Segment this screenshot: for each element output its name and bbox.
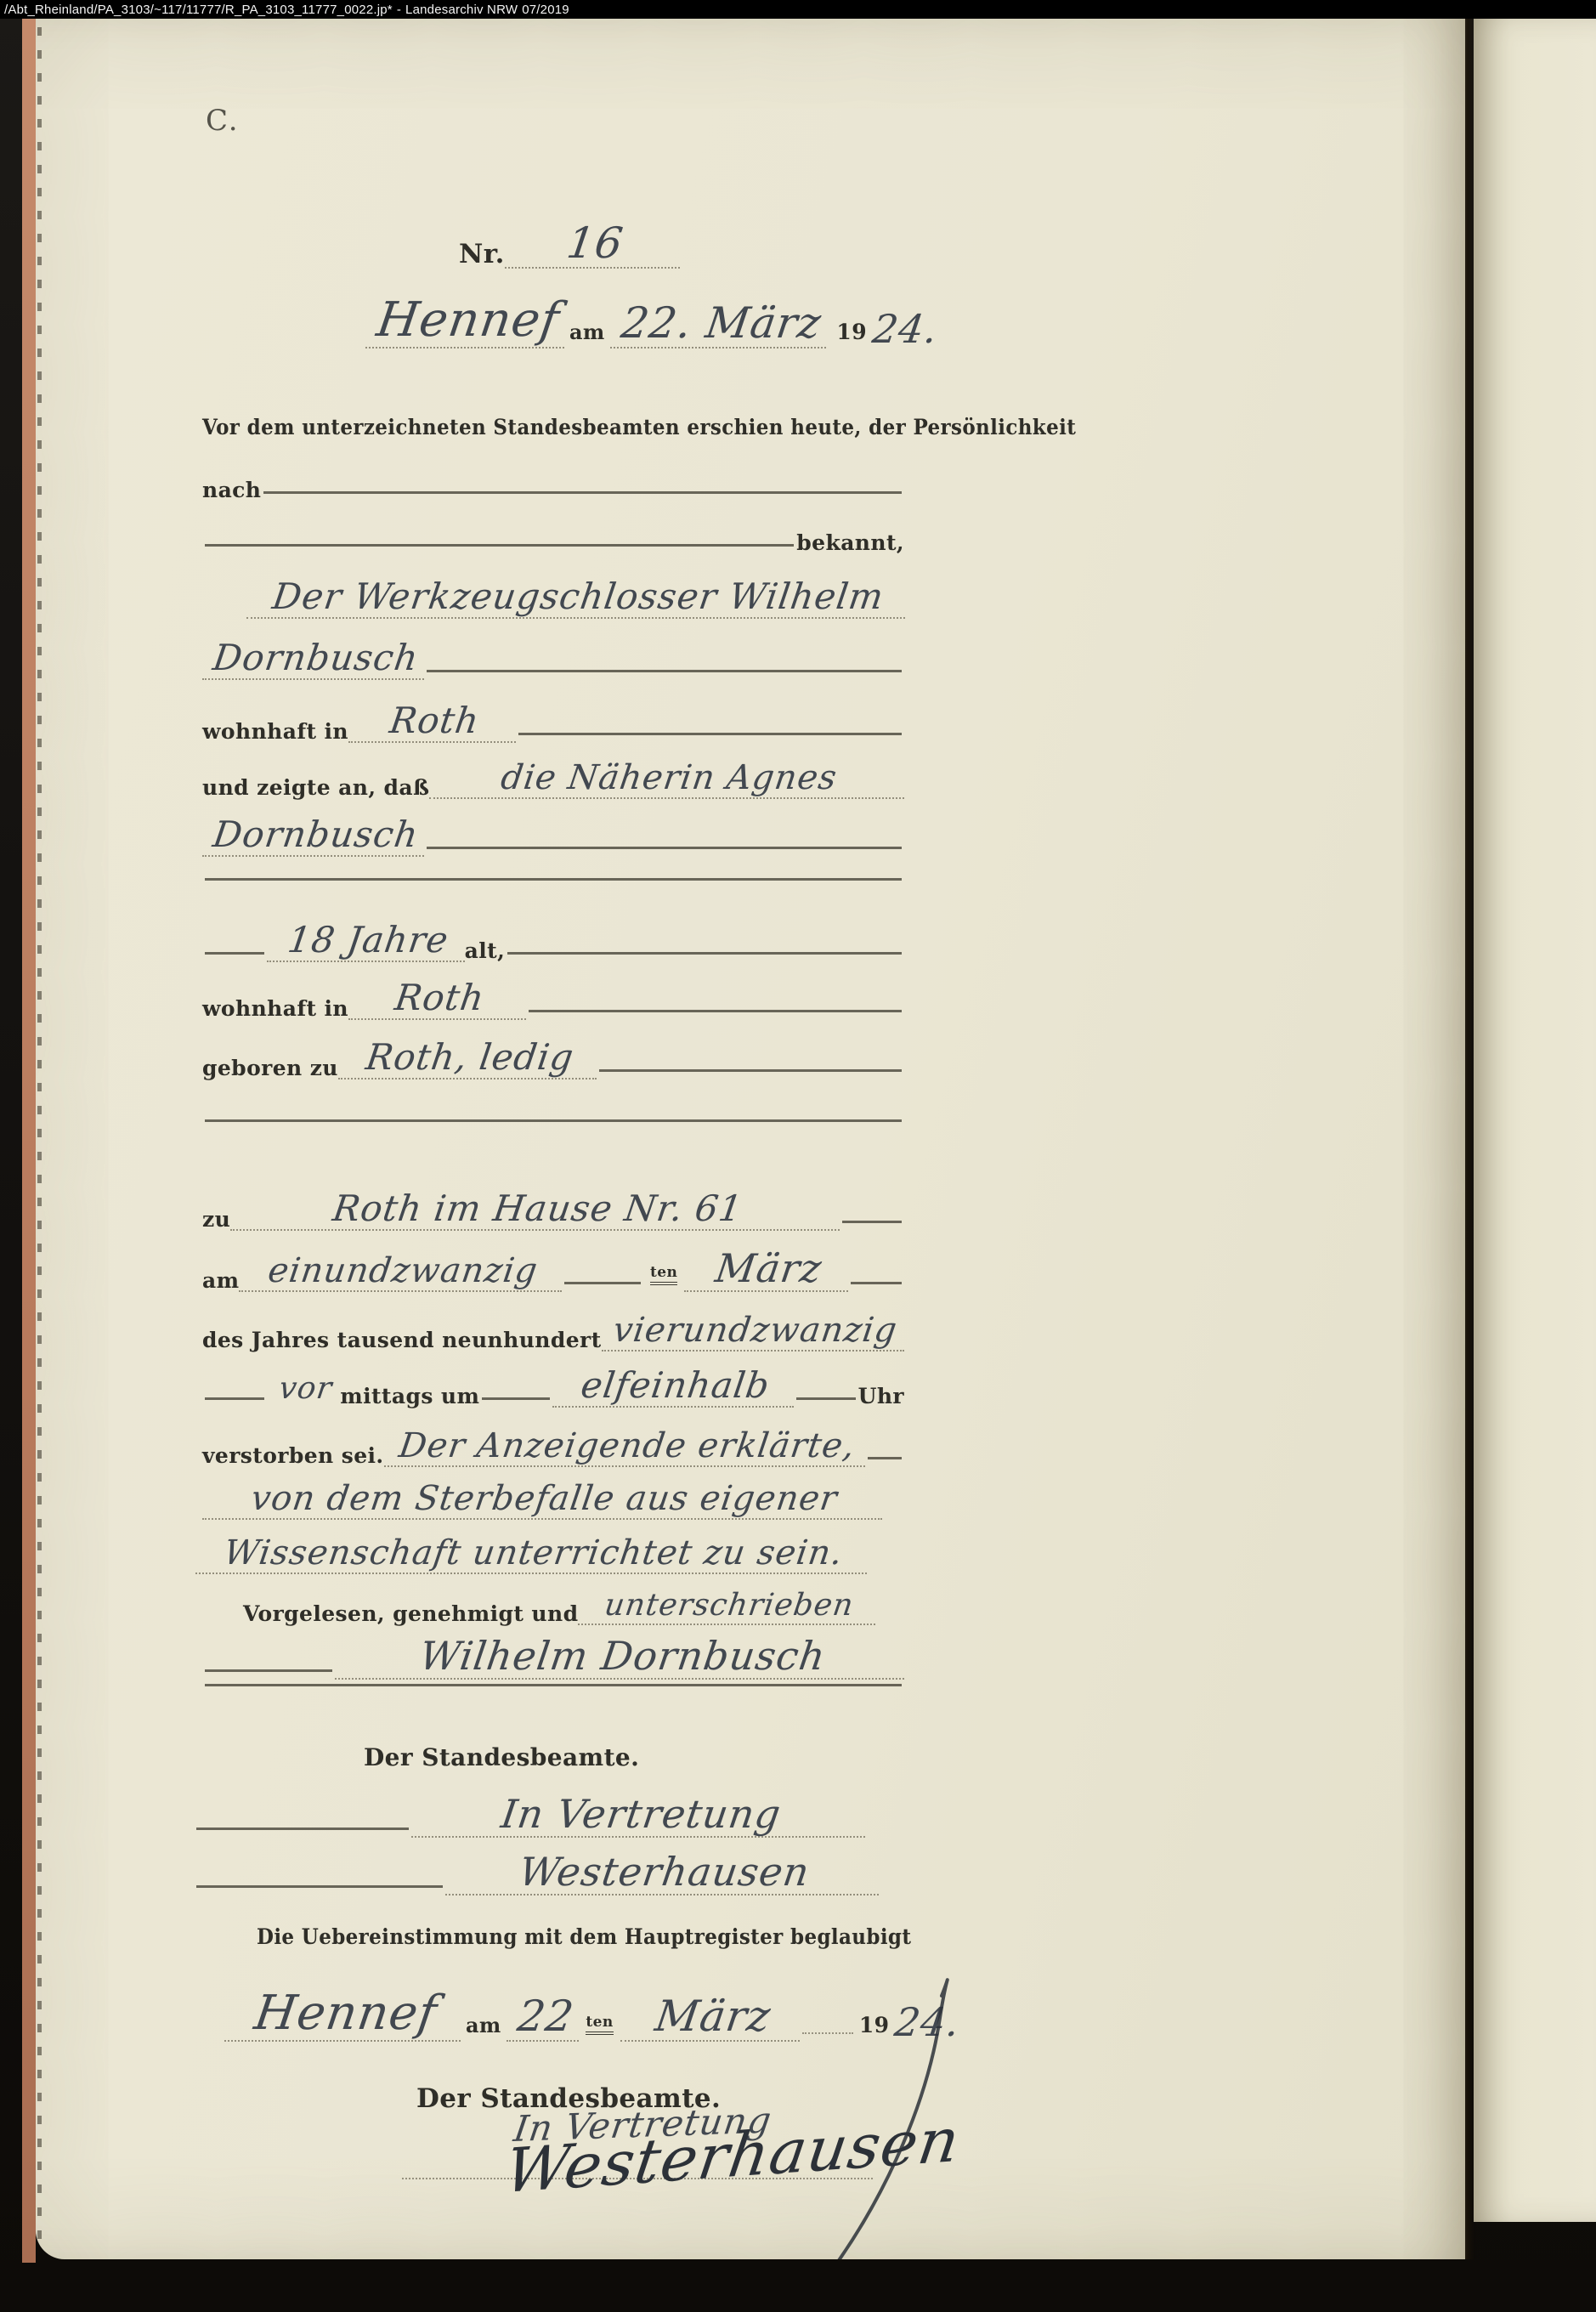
bekannt-label: bekannt, <box>796 531 904 555</box>
declarant-surname: Dornbusch <box>211 640 421 676</box>
viewer-titlebar: /Abt_Rheinland/PA_3103/~117/11777/R_PA_3… <box>0 0 1596 19</box>
dotted-underline: Hennef <box>224 1990 461 2042</box>
blank-rule-row <box>202 858 904 881</box>
dotted-underline: Dornbusch <box>202 640 424 680</box>
certification-line: Die Uebereinstimmung mit dem Hauptregist… <box>257 1925 911 1949</box>
announcement-row: und zeigte an, daß die Näherin Agnes <box>202 738 904 799</box>
in-vertretung-1: In Vertretung <box>499 1794 784 1833</box>
deceased-surname: Dornbusch <box>211 817 421 853</box>
dotted-underline: Wissenschaft unterrichtet zu sein. <box>195 1536 867 1574</box>
record-day-month: 22. März <box>619 302 824 344</box>
dotted-underline: Westerhausen <box>445 1852 879 1895</box>
statement-3: Wissenschaft unterrichtet zu sein. <box>222 1536 845 1570</box>
dotted-underline: 18 Jahre <box>267 922 465 962</box>
ruled-line <box>796 1397 856 1400</box>
dotted-underline: März <box>684 1249 848 1292</box>
vorgelesen-row: Vorgelesen, genehmigt und unterschrieben <box>243 1574 875 1625</box>
geboren-label: geboren zu <box>202 1057 338 1080</box>
statement-row-2: von dem Sterbefalle aus eigener <box>202 1464 882 1520</box>
ten-label: ten <box>650 1265 677 1285</box>
dotted-underline: Dornbusch <box>202 817 424 857</box>
death-place-row: zu Roth im Hause Nr. 61 <box>202 1168 904 1231</box>
ruled-line <box>564 1282 641 1284</box>
dotted-underline: unterschrieben <box>578 1590 875 1625</box>
ruled-line <box>205 878 902 881</box>
am-label: am <box>569 321 605 343</box>
ruled-line <box>427 670 902 672</box>
year-written: 24. <box>870 309 941 348</box>
death-month: März <box>713 1249 824 1288</box>
declarant-row-2: Dornbusch <box>202 615 904 680</box>
certification-year-printed: 19 <box>859 2014 890 2037</box>
dotted-underline: Der Werkzeugschlosser Wilhelm <box>246 579 905 619</box>
dotted-underline: 22. März <box>610 302 827 348</box>
dotted-underline: 22 <box>507 1995 580 2042</box>
age-row: 18 Jahre alt, <box>202 901 904 962</box>
vertretung-row-1: In Vertretung <box>194 1775 865 1838</box>
registrar-signature: Westerhausen <box>501 2140 949 2201</box>
record-place: Hennef <box>374 297 563 344</box>
statement-row-1: verstorben sei. Der Anzeigende erklärte, <box>202 1406 904 1467</box>
binding-stitches <box>37 27 42 2246</box>
certification-ten-label: ten <box>586 2014 613 2035</box>
death-place: Roth im Hause Nr. 61 <box>331 1191 745 1227</box>
birthplace-row: geboren zu Roth, ledig <box>202 1018 904 1079</box>
dotted-underline: Der Anzeigende erklärte, <box>384 1429 865 1467</box>
mittags-label: mittags um <box>340 1385 479 1408</box>
dotted-line <box>802 2032 853 2034</box>
alt-label: alt, <box>465 939 506 963</box>
blank-rule-row <box>202 1100 904 1122</box>
declarant-residence: Roth <box>388 703 482 739</box>
deceased-surname-row: Dornbusch <box>202 797 904 857</box>
ruled-line <box>599 1069 902 1072</box>
hour-value: elfeinhalb <box>579 1368 772 1403</box>
blank-rule-row <box>202 1666 904 1686</box>
register-page: C. Nr. 16 Hennef am 22. März 19 24. Vor … <box>36 19 1465 2259</box>
nach-label: nach <box>202 479 261 502</box>
ruled-line <box>263 491 902 494</box>
death-year: vierundzwanzig <box>611 1313 899 1347</box>
bekannt-row: bekannt, <box>202 515 904 554</box>
death-day: einundzwanzig <box>266 1254 540 1288</box>
ruled-line <box>529 1010 902 1012</box>
ruled-line <box>205 1684 902 1686</box>
file-path: /Abt_Rheinland/PA_3103/~117/11777/R_PA_3… <box>4 3 393 17</box>
dotted-underline: In Vertretung <box>411 1794 865 1838</box>
ruled-line <box>507 952 902 955</box>
certification-year-written: 24. <box>892 2003 963 2042</box>
certification-am-label: am <box>466 2014 501 2037</box>
dotted-underline: März <box>620 1995 800 2042</box>
registrar-name-row: Westerhausen <box>194 1834 879 1895</box>
dotted-underline: Roth, ledig <box>338 1040 597 1079</box>
ruled-line <box>518 733 902 735</box>
death-time-row: vor mittags um elfeinhalb Uhr <box>202 1348 904 1408</box>
certification-place: Hennef <box>252 1990 440 2037</box>
death-day-row: am einundzwanzig ten März <box>202 1229 904 1292</box>
declarant-line1: Der Werkzeugschlosser Wilhelm <box>270 579 886 615</box>
deceased-line1: die Näherin Agnes <box>499 761 840 795</box>
next-page-edge <box>1474 19 1596 2222</box>
registrar-name: Westerhausen <box>517 1852 812 1891</box>
ruled-line <box>842 1221 902 1223</box>
statement-row-3: Wissenschaft unterrichtet zu sein. <box>195 1518 867 1574</box>
statement-1: Der Anzeigende erklärte, <box>397 1429 857 1463</box>
statement-2: von dem Sterbefalle aus eigener <box>249 1482 840 1516</box>
death-year-row: des Jahres tausend neunhundert vierundzw… <box>202 1289 904 1351</box>
scanned-register-view: /Abt_Rheinland/PA_3103/~117/11777/R_PA_3… <box>0 0 1596 2312</box>
dotted-underline: vierundzwanzig <box>602 1313 904 1351</box>
ruled-line <box>205 544 794 547</box>
nach-row: nach <box>202 457 904 501</box>
birthplace-status: Roth, ledig <box>364 1040 576 1075</box>
dotted-underline: Hennef <box>365 297 564 348</box>
record-number-row: Nr. 16 <box>459 199 680 269</box>
corner-letter: C. <box>206 104 240 138</box>
dotted-underline: die Näherin Agnes <box>429 761 904 799</box>
dotted-underline: Roth im Hause Nr. 61 <box>230 1191 840 1231</box>
wohnhaft-label-2: wohnhaft in <box>202 997 348 1021</box>
scan-date: 07/2019 <box>522 3 569 17</box>
intro-line: Vor dem unterzeichneten Standesbeamten e… <box>202 416 1076 439</box>
zeigte-label: und zeigte an, daß <box>202 776 429 800</box>
zu-label: zu <box>202 1208 230 1232</box>
deceased-residence: Roth <box>393 980 487 1016</box>
dotted-underline: Roth <box>348 703 516 743</box>
ruled-line <box>205 1397 264 1400</box>
residence-row-2: wohnhaft in Roth <box>202 960 904 1020</box>
dotted-underline: Roth <box>348 980 526 1020</box>
record-number-value: 16 <box>564 222 626 264</box>
book-edge-strip <box>22 19 36 2263</box>
ruled-line <box>205 1119 902 1122</box>
certification-row: Die Uebereinstimmung mit dem Hauptregist… <box>257 1918 903 1948</box>
ruled-line <box>851 1282 902 1284</box>
unterschrieben-value: unterschrieben <box>603 1590 856 1621</box>
certification-day: 22 <box>515 1995 577 2037</box>
age-value: 18 Jahre <box>286 922 451 958</box>
dotted-underline: elfeinhalb <box>552 1368 793 1408</box>
declarant-row-1: Der Werkzeugschlosser Wilhelm <box>246 552 905 619</box>
dotted-underline: einundzwanzig <box>239 1254 562 1292</box>
ruled-line <box>427 847 902 849</box>
intro-row: Vor dem unterzeichneten Standesbeamten e… <box>202 408 916 439</box>
ruled-line <box>482 1397 550 1400</box>
record-date-row: Hennef am 22. März 19 24. <box>365 260 969 348</box>
registrar-heading-row-1: Der Standesbeamte. <box>364 1739 721 1771</box>
certification-date-row: Hennef am 22 ten März 19 24. <box>224 1957 1006 2042</box>
residence-row-1: wohnhaft in Roth <box>202 682 904 743</box>
certification-month: März <box>653 1995 773 2037</box>
titlebar-dash: - <box>397 3 401 17</box>
vorgelesen-label: Vorgelesen, genehmigt und <box>243 1602 578 1626</box>
uhr-label: Uhr <box>858 1385 904 1408</box>
ruled-line <box>205 952 264 955</box>
daytime-value: vor <box>277 1374 334 1404</box>
ruled-line <box>196 1885 443 1888</box>
archive-name: Landesarchiv NRW <box>405 3 518 17</box>
ruled-line <box>868 1457 902 1459</box>
ruled-line <box>196 1827 409 1830</box>
standesbeamte-label-1: Der Standesbeamte. <box>364 1745 639 1771</box>
year-printed: 19 <box>836 320 867 344</box>
dotted-underline: von dem Sterbefalle aus eigener <box>202 1482 882 1520</box>
